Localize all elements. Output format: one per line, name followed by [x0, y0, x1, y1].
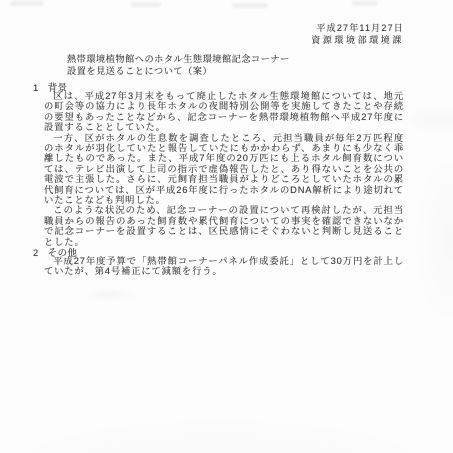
section-1-body: 区は、平成27年3月末をもって廃止したホタル生態環境館については、地元の町会等の… — [44, 91, 404, 247]
scanned-document-page: 平成27年11月27日 資源環境部環境課 熱帯環境植物館へのホタル生態環境館記念… — [0, 0, 453, 453]
scan-smudge — [352, 1, 378, 6]
scan-smudge — [131, 2, 161, 7]
document-department: 資源環境部環境課 — [311, 33, 404, 46]
document-title-line1: 熱帯環境植物館へのホタル生態環境館記念コーナー — [67, 53, 290, 65]
paragraph: 区は、平成27年3月末をもって廃止したホタル生態環境館については、地元の町会等の… — [44, 91, 404, 133]
document-title: 熱帯環境植物館へのホタル生態環境館記念コーナー 設置を見送ることについて（案） — [67, 53, 290, 77]
paragraph: 一方、区がホタルの生息数を調査したところ、元担当職員が毎年2万匹程度のホタルが羽… — [44, 133, 404, 206]
scan-smudge — [232, 3, 268, 8]
section-1-number: 1 — [33, 82, 39, 93]
scan-smudge — [10, 1, 44, 6]
section-2-number: 2 — [33, 247, 39, 258]
paragraph: 平成27年度予算で「熱帯館コーナーパネル作成委託」として30万円を計上していたが… — [44, 256, 404, 277]
document-title-line2: 設置を見送ることについて（案） — [67, 65, 290, 77]
section-2-body: 平成27年度予算で「熱帯館コーナーパネル作成委託」として30万円を計上していたが… — [44, 256, 404, 277]
paragraph: このような状況のため、記念コーナーの設置について再検討したが、元担当職員からの報… — [44, 205, 404, 247]
